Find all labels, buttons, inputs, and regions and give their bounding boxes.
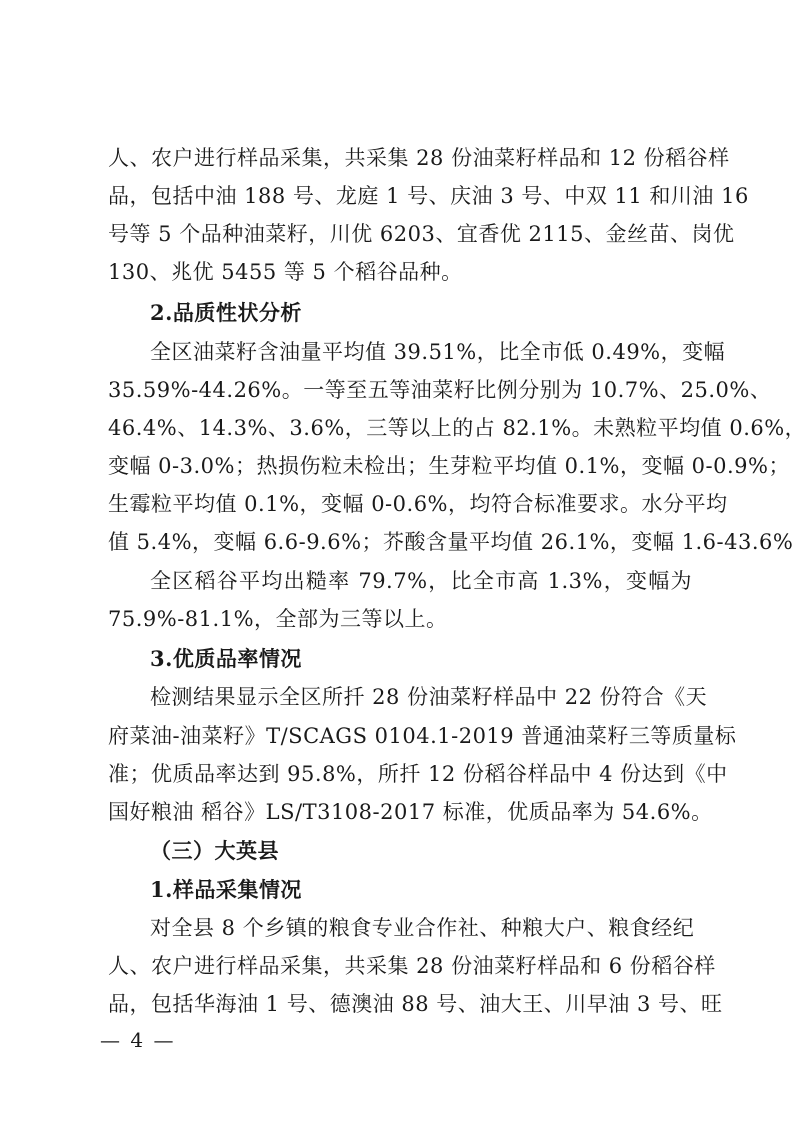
section-heading: 3.优质品率情况 bbox=[150, 644, 692, 674]
text-line: 变幅 0-3.0%；热损伤粒未检出；生芽粒平均值 0.1%，变幅 0-0.9%； bbox=[108, 451, 692, 481]
text-line: 品，包括中油 188 号、龙庭 1 号、庆油 3 号、中双 11 和川油 16 bbox=[108, 181, 692, 211]
text-line: 品，包括华海油 1 号、德澳油 88 号、油大王、川早油 3 号、旺 bbox=[108, 989, 692, 1019]
text-line: 号等 5 个品种油菜籽，川优 6203、宜香优 2115、金丝苗、岗优 bbox=[108, 219, 692, 249]
section-heading: （三）大英县 bbox=[150, 836, 692, 866]
text-line: 府菜油-油菜籽》T/SCAGS 0104.1-2019 普通油菜籽三等质量标 bbox=[108, 721, 692, 751]
text-line: 准；优质品率达到 95.8%，所扦 12 份稻谷样品中 4 份达到《中 bbox=[108, 759, 692, 789]
text-line: 检测结果显示全区所扦 28 份油菜籽样品中 22 份符合《天 bbox=[150, 682, 692, 712]
text-line: 人、农户进行样品采集，共采集 28 份油菜籽样品和 6 份稻谷样 bbox=[108, 951, 692, 981]
text-line: 对全县 8 个乡镇的粮食专业合作社、种粮大户、粮食经纪 bbox=[150, 913, 692, 943]
text-line: 国好粮油 稻谷》LS/T3108-2017 标准，优质品率为 54.6%。 bbox=[108, 797, 692, 827]
section-heading: 2.品质性状分析 bbox=[150, 298, 692, 328]
section-heading: 1.样品采集情况 bbox=[150, 875, 692, 905]
text-line: 全区稻谷平均出糙率 79.7%，比全市高 1.3%，变幅为 bbox=[150, 566, 692, 596]
page-number: — 4 — bbox=[100, 1027, 175, 1053]
text-line: 130、兆优 5455 等 5 个稻谷品种。 bbox=[108, 257, 692, 287]
text-line: 46.4%、14.3%、3.6%，三等以上的占 82.1%。未熟粒平均值 0.6… bbox=[108, 413, 692, 443]
text-line: 全区油菜籽含油量平均值 39.51%，比全市低 0.49%，变幅 bbox=[150, 337, 692, 367]
text-line: 35.59%-44.26%。一等至五等油菜籽比例分别为 10.7%、25.0%、 bbox=[108, 375, 692, 405]
text-line: 值 5.4%，变幅 6.6-9.6%；芥酸含量平均值 26.1%，变幅 1.6-… bbox=[108, 527, 692, 557]
text-line: 75.9%-81.1%，全部为三等以上。 bbox=[108, 604, 692, 634]
text-line: 生霉粒平均值 0.1%，变幅 0-0.6%，均符合标准要求。水分平均 bbox=[108, 489, 692, 519]
text-line: 人、农户进行样品采集，共采集 28 份油菜籽样品和 12 份稻谷样 bbox=[108, 143, 692, 173]
